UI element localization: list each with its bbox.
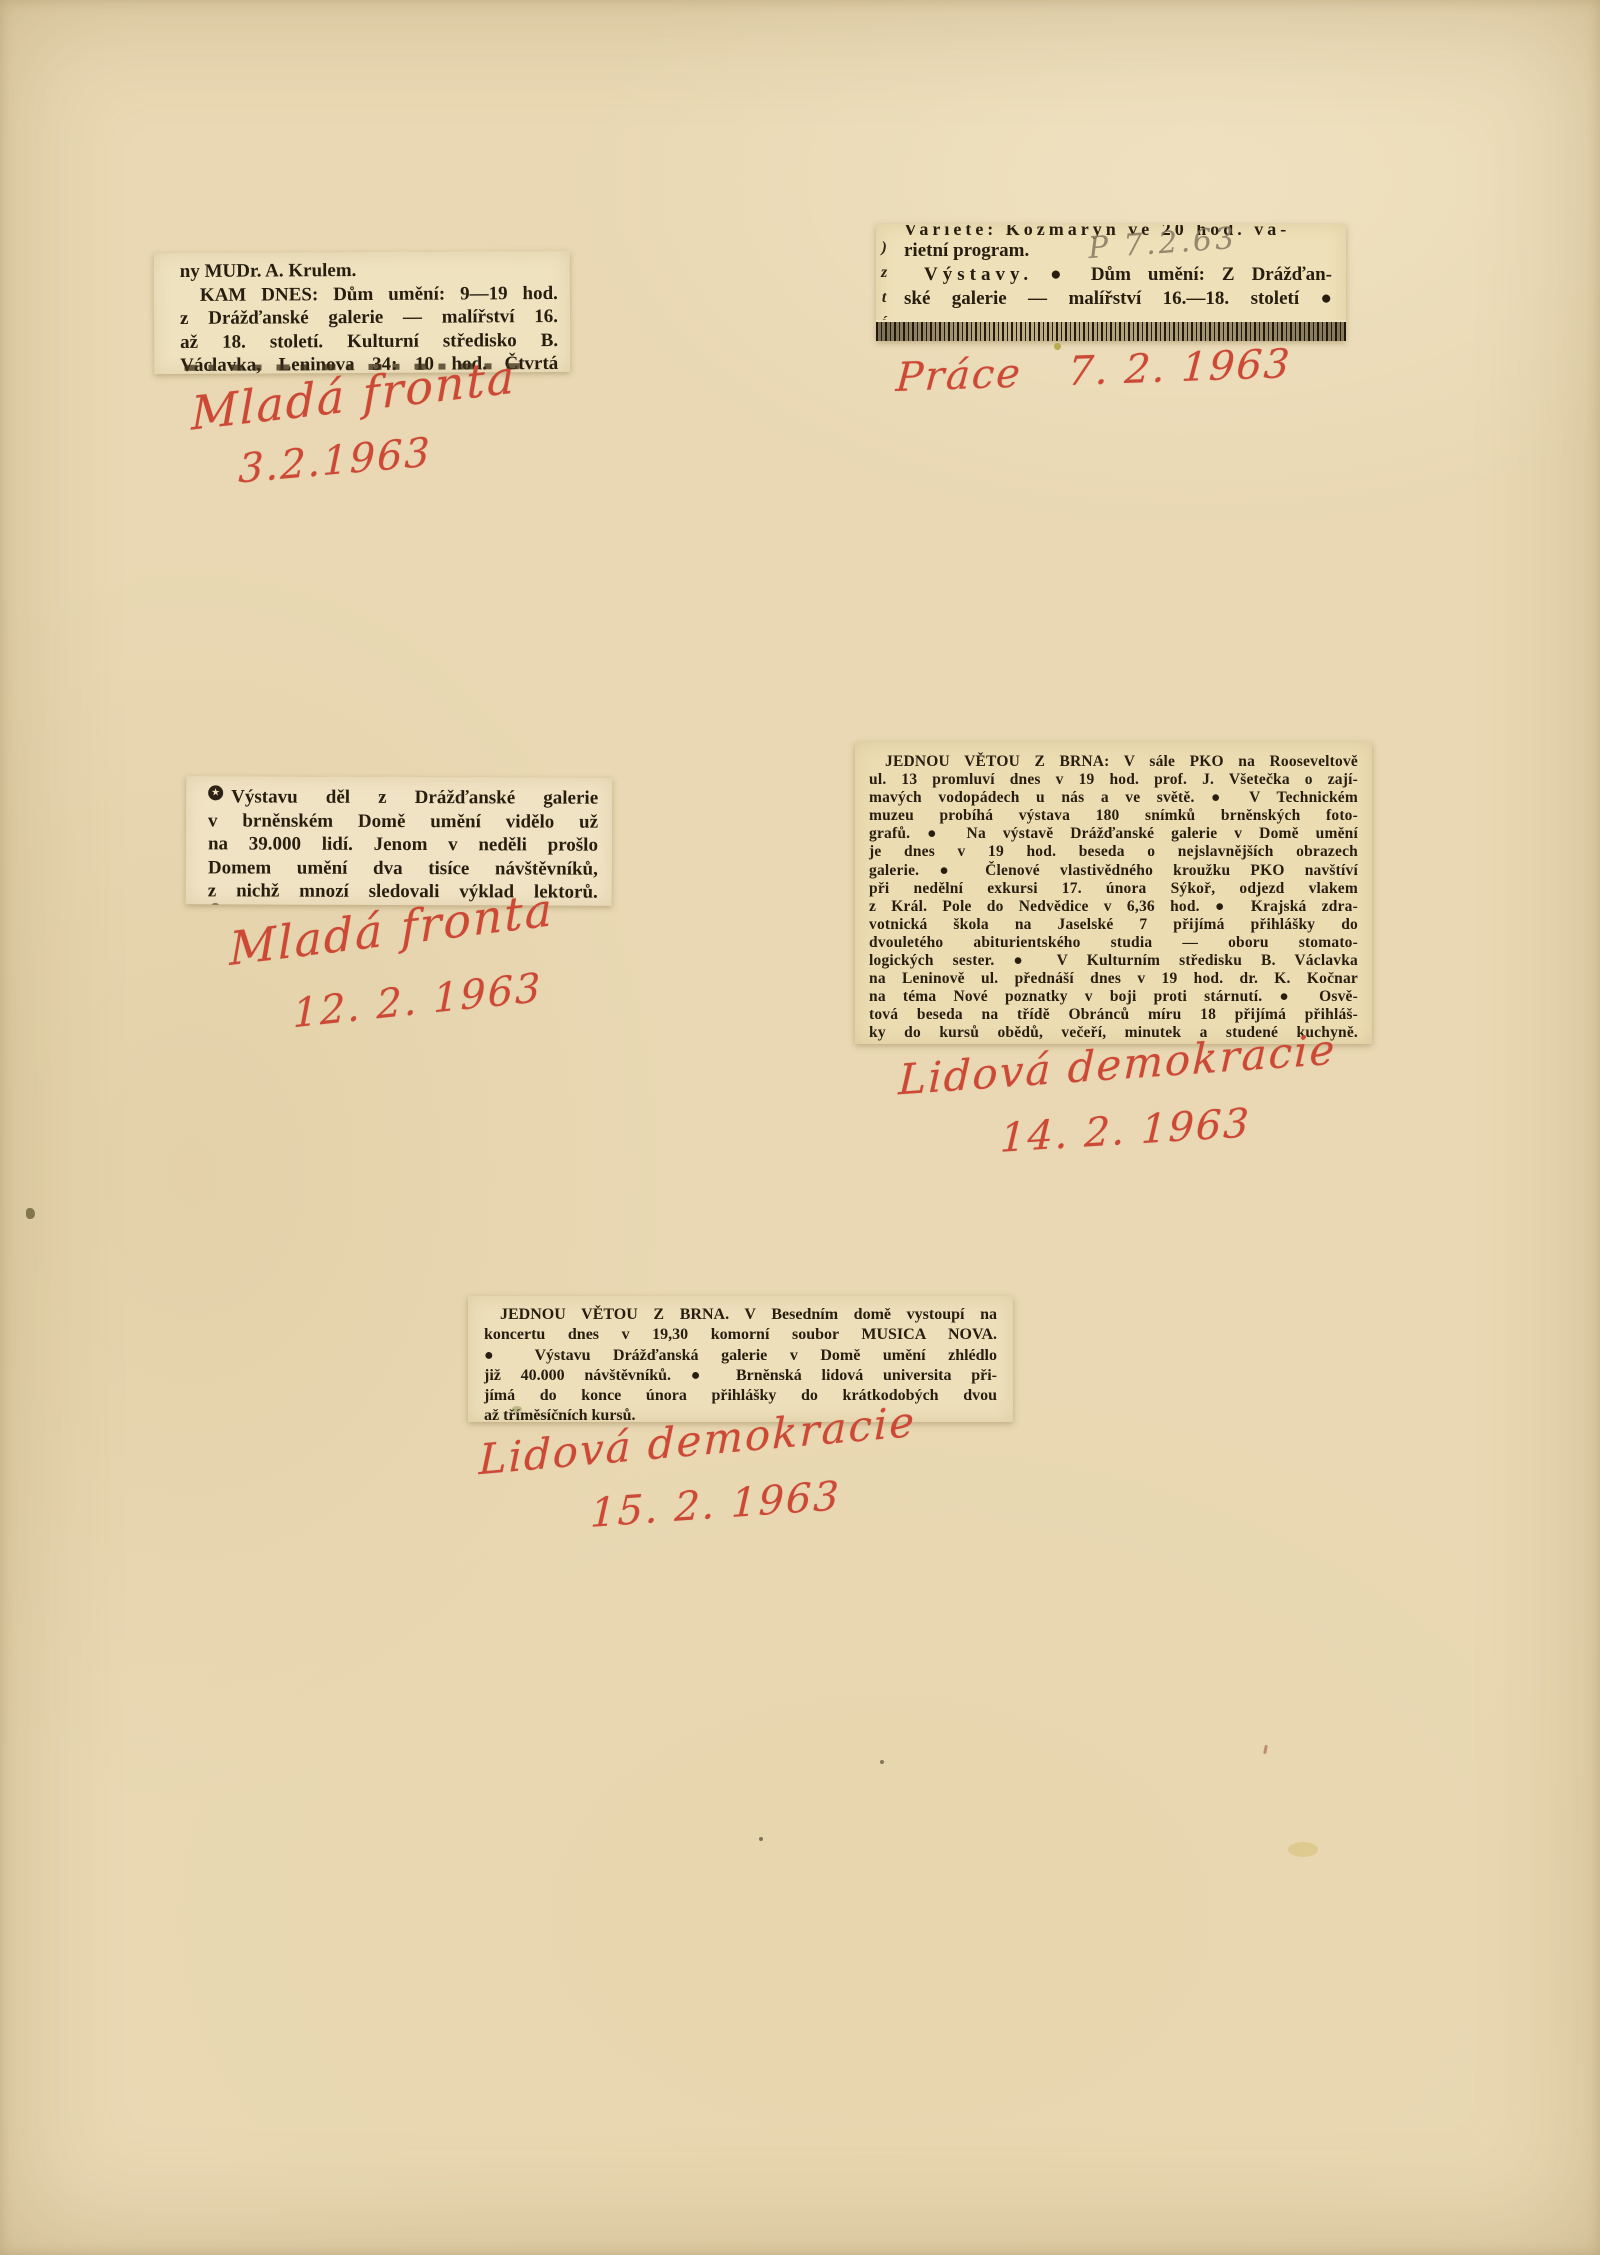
clipping-line-rest: ● Dům umění: Z Drážďan- bbox=[1050, 264, 1332, 285]
clipping-line: votnická škola na Jaselské 7 přijímá při… bbox=[869, 916, 1358, 934]
clipping-line: Domem umění dva tisíce návštěvníků, bbox=[208, 856, 598, 881]
paper-speck bbox=[880, 1760, 884, 1764]
clipping-line: JEDNOU VĚTOU Z BRNA: V sále PKO na Roose… bbox=[869, 753, 1358, 771]
clipping-line: ● Výstavu Drážďanská galerie v Domě uměn… bbox=[484, 1346, 997, 1366]
paper-speck bbox=[26, 1208, 35, 1219]
clipping-line: tová beseda na třídě Obránců míru 18 při… bbox=[869, 1006, 1358, 1024]
clipping-line: JEDNOU VĚTOU Z BRNA. V Besedním domě vys… bbox=[484, 1305, 997, 1325]
paper-speck bbox=[1054, 343, 1061, 350]
clipping-line: KAM DNES: Dům umění: 9—19 hod. bbox=[180, 281, 558, 306]
cut-character: t bbox=[881, 285, 887, 310]
clipping-line: je dnes v 19 hod. beseda o nejslavnějšíc… bbox=[869, 843, 1358, 861]
news-clipping-5: JEDNOU VĚTOU Z BRNA. V Besedním domě vys… bbox=[468, 1296, 1013, 1422]
handwritten-date: 14. 2. 1963 bbox=[999, 1100, 1252, 1162]
clipping-line: na 39.000 lidí. Jenom v neděli prošlo bbox=[208, 832, 598, 857]
news-clipping-4: JEDNOU VĚTOU Z BRNA: V sále PKO na Roose… bbox=[855, 742, 1372, 1044]
clipping-line: dvouletého abiturientského studia — obor… bbox=[869, 934, 1358, 952]
clipping-line: ské galerie — malířství 16.—18. století … bbox=[904, 287, 1332, 311]
cut-character: z bbox=[881, 260, 887, 285]
scrapbook-page: ny MUDr. A. Krulem. KAM DNES: Dům umění:… bbox=[0, 0, 1600, 2255]
clipping-line: galerie. ● Členové vlastivědného kroužku… bbox=[869, 862, 1358, 880]
clipping-line: při nedělní exkursi 17. února Sýkoř, odj… bbox=[869, 880, 1358, 898]
clipping-line: z Drážďanské galerie — malířství 16. bbox=[180, 305, 558, 330]
clipping-line: grafů. ● Na výstavě Drážďanské galerie v… bbox=[869, 825, 1358, 843]
handwritten-source: Práce bbox=[895, 350, 1024, 401]
handwritten-date: 15. 2. 1963 bbox=[589, 1473, 841, 1537]
clipping-line: již 40.000 návštěvníků. ● Brněnská lidov… bbox=[484, 1366, 997, 1386]
clipping-line: na Leninově ul. přednáší dnes v 19 hod. … bbox=[869, 970, 1358, 988]
clipping-line: koncertu dnes v 19,30 komorní soubor MUS… bbox=[484, 1325, 997, 1345]
paper-speck bbox=[759, 1837, 763, 1841]
clipping-line: Výstavu děl z Drážďanské galerie bbox=[231, 785, 598, 810]
clipping-line: ny MUDr. A. Krulem. bbox=[180, 258, 558, 283]
clipping-line: ul. 13 promluví dnes v 19 hod. prof. J. … bbox=[869, 771, 1358, 789]
clipping-line: logických sester. ● V Kulturním středisk… bbox=[869, 952, 1358, 970]
paper-speck bbox=[512, 1406, 522, 1412]
clipping-line: v brněnském Domě umění vidělo už bbox=[208, 809, 598, 834]
clipping-line: jímá do konce února přihlášky do krátkod… bbox=[484, 1386, 997, 1406]
cut-character: ) bbox=[881, 235, 887, 260]
paper-speck bbox=[1288, 1842, 1318, 1857]
clipping-line: na téma Nové poznatky v boji proti stárn… bbox=[869, 988, 1358, 1006]
clipping-line: muzeu probíhá výstava 180 snímků brněnsk… bbox=[869, 807, 1358, 825]
handwritten-date: 7. 2. 1963 bbox=[1066, 341, 1293, 395]
clipping-line: z Král. Pole do Nedvědice v 6,36 hod. ● … bbox=[869, 898, 1358, 916]
paper-speck bbox=[1263, 1745, 1268, 1754]
handwritten-date: 12. 2. 1963 bbox=[293, 965, 543, 1037]
circled-star-icon: ★ bbox=[208, 903, 223, 906]
handwritten-date: 3.2.1963 bbox=[238, 429, 432, 492]
clipping-line: Výstavy. ● Dům umění: Z Drážďan- bbox=[904, 263, 1332, 287]
clipping-line-emphasis: Výstavy. bbox=[924, 264, 1033, 285]
handwritten-annotation: Práce7. 2. 1963 bbox=[895, 341, 1294, 401]
clipping-line: mavých vodopádech u nás a ve světě. ● V … bbox=[869, 789, 1358, 807]
circled-star-icon: ★ bbox=[208, 785, 223, 800]
halftone-border-bar bbox=[876, 320, 1346, 341]
